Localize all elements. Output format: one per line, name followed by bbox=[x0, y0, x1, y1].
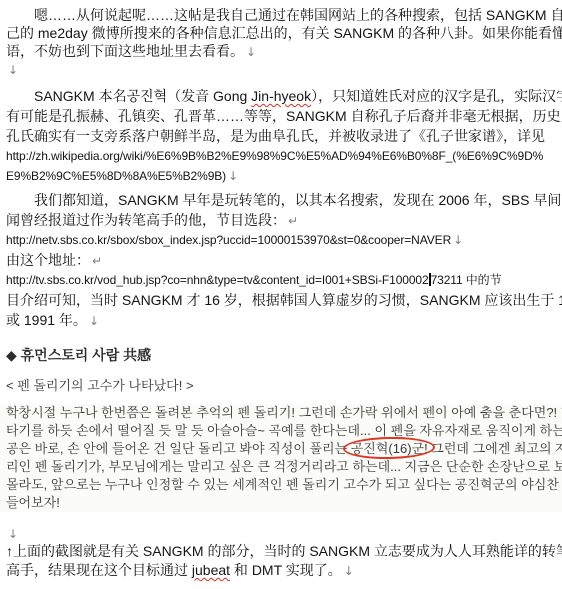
line-break-mark-icon: ↓ bbox=[244, 45, 256, 59]
text-line: 由这个地址：↵ bbox=[6, 250, 562, 270]
line-break-mark-icon: ↓ bbox=[451, 233, 463, 247]
text-run: 目介绍可知，当时 SANGKM 才 16 岁，根据韩国人算虚岁的习惯，SANGK… bbox=[6, 292, 562, 308]
paragraph-outro: ↑上面的截图就是有关 SANGKM 的部分，当时的 SANGKM 立志要成为人人… bbox=[6, 542, 562, 580]
paragraph-intro: 嗯……从何说起呢……这帖是我自己通过在韩国网站上的各种搜索，包括 SANGKM … bbox=[6, 6, 562, 60]
sbs-vod-url-line: http://tv.sbs.co.kr/vod_hub.jsp?co=nhn&t… bbox=[6, 270, 562, 290]
document-canvas[interactable]: 嗯……从何说起呢……这帖是我自己通过在韩国网站上的各种搜索，包括 SANGKM … bbox=[0, 0, 562, 580]
text-run: 73211 中的节 bbox=[431, 273, 502, 287]
text-run: 由这个地址： bbox=[6, 252, 90, 268]
paragraph-sbs-news: 我们都知道，SANGKM 早年是玩转笔的，以其本名搜索，发现在 2006 年，S… bbox=[6, 190, 562, 330]
line-break-mark-icon: ↓ bbox=[6, 527, 18, 541]
text-run: http://netv.sbs.co.kr/sbox/sbox_index.js… bbox=[6, 233, 451, 247]
text-line: 己的 me2day 微博所搜来的各种信息汇总出的，有关 SANGKM 的各种八卦… bbox=[6, 24, 562, 42]
text-run: SANGKM 本名공진혁（发音 Gong bbox=[34, 88, 251, 104]
text-line: 或 1991 年。↓ bbox=[6, 310, 562, 330]
spellcheck-word: jubeat bbox=[192, 562, 230, 578]
wikipedia-url-line: E9%B2%9C%E5%8D%8A%E5%B2%9B)↓ bbox=[6, 166, 562, 186]
text-run: 和 DMT 实现了。 bbox=[230, 562, 342, 578]
text-line: ↑上面的截图就是有关 SANGKM 的部分，当时的 SANGKM 立志要成为人人… bbox=[6, 542, 562, 561]
text-line: 闻曾经报道过作为转笔高手的他，节目选段：↵ bbox=[6, 210, 562, 230]
embedded-screenshot: 학창시절 누구나 한번쯤은 돌려본 추억의 펜 돌리기! 그런데 손가락 위에서… bbox=[0, 404, 562, 512]
korean-text-line: 타기를 하듯 손에서 떨어질 듯 말 듯 아슬아슬~ 곡예를 한다는데... 이… bbox=[6, 422, 562, 440]
text-run: 리인 펜 돌리기가, 부모님에게는 말리고 싶은 큰 걱정거리라고 하는데...… bbox=[6, 459, 562, 474]
line-break-mark-icon: ↓ bbox=[6, 63, 18, 77]
text-run: E9%B2%9C%E5%8D%8A%E5%B2%9B) bbox=[6, 169, 226, 183]
text-run: 학창시절 누구나 한번쯤은 돌려본 추억의 펜 돌리기! 그런데 손가락 위에서… bbox=[6, 405, 562, 420]
line-break-mark-icon: ↓ bbox=[87, 314, 99, 328]
text-line: 嗯……从何说起呢……这帖是我自己通过在韩国网站上的各种搜索，包括 SANGKM … bbox=[6, 6, 562, 24]
korean-text-line: 공은 바로, 손 안에 들어온 건 일단 돌리고 봐야 직성이 풀리는 공진혁(… bbox=[6, 440, 562, 458]
korean-text-line: 몰라도, 앞으로는 누구나 인정할 수 있는 세계적인 펜 돌리기 고수가 되고… bbox=[6, 476, 562, 494]
text-line: 有可能是孔振赫、孔镇奕、孔晋革……等等，SANGKM 自称孔子后裔并非毫无根据，… bbox=[6, 106, 562, 126]
sbs-url-line: http://netv.sbs.co.kr/sbox/sbox_index.js… bbox=[6, 230, 562, 250]
text-run: 有可能是孔振赫、孔镇奕、孔晋革……等等，SANGKM 自称孔子后裔并非毫无根据，… bbox=[6, 108, 562, 124]
empty-line: ↓ bbox=[6, 524, 562, 542]
text-run: 我们都知道，SANGKM 早年是玩转笔的，以其本名搜索，发现在 2006 年，S… bbox=[34, 192, 562, 208]
text-run: 孔氏确实有一支旁系落户朝鲜半岛，是为曲阜孔氏，并被收录进了《孔子世家谱》，详见 bbox=[6, 128, 545, 144]
text-line: 我们都知道，SANGKM 早年是玩转笔的，以其本名搜索，发现在 2006 年，S… bbox=[6, 190, 562, 210]
spellcheck-word: Jin-hyeok bbox=[251, 88, 311, 104]
screenshot-subtitle: < 펜 돌리기의 고수가 나타났다! > bbox=[6, 378, 562, 394]
text-line: 孔氏确实有一支旁系落户朝鲜半岛，是为曲阜孔氏，并被收录进了《孔子世家谱》，详见 bbox=[6, 126, 562, 146]
wikipedia-url-line: http://zh.wikipedia.org/wiki/%E6%9B%B2%E… bbox=[6, 146, 562, 166]
text-line: 语，不妨也到下面这些地址里去看看。↓ bbox=[6, 42, 562, 60]
text-run: 己的 me2day 微博所搜来的各种信息汇总出的，有关 SANGKM 的各种八卦… bbox=[6, 25, 562, 41]
text-run: 그런데 그에겐 최고의 자랑거 bbox=[428, 441, 562, 456]
line-break-mark-icon: ↓ bbox=[342, 564, 354, 578]
text-run: 들어보자! bbox=[6, 495, 60, 510]
paragraph-end-mark-icon: ↵ bbox=[90, 254, 102, 268]
text-run: 몰라도, 앞으로는 누구나 인정할 수 있는 세계적인 펜 돌리기 고수가 되고… bbox=[6, 477, 562, 492]
text-run: 高手，结果现在这个目标通过 bbox=[6, 562, 192, 578]
red-circle-annotation: 공진혁(16)군! bbox=[351, 440, 428, 458]
text-run: http://zh.wikipedia.org/wiki/%E6%9B%B2%E… bbox=[6, 149, 543, 163]
screenshot-heading: ◆ 휴먼스토리 사람 共感 bbox=[6, 347, 562, 363]
text-line: SANGKM 本名공진혁（发音 Gong Jin-hyeok），只知道姓氏对应的… bbox=[6, 86, 562, 106]
paragraph-end-mark-icon: ↵ bbox=[286, 214, 298, 228]
korean-text-line: 학창시절 누구나 한번쯤은 돌려본 추억의 펜 돌리기! 그런데 손가락 위에서… bbox=[6, 404, 562, 422]
text-run: ），只知道姓氏对应的汉字是孔，实际汉字名 bbox=[311, 88, 562, 104]
empty-line: ↓ bbox=[6, 60, 562, 80]
text-run: 타기를 하듯 손에서 떨어질 듯 말 듯 아슬아슬~ 곡예를 한다는데... 이… bbox=[6, 423, 562, 438]
text-run: ↑上面的截图就是有关 SANGKM 的部分，当时的 SANGKM 立志要成为人人… bbox=[6, 543, 562, 559]
korean-text-line: 들어보자! bbox=[6, 494, 562, 512]
text-run: http://tv.sbs.co.kr/vod_hub.jsp?co=nhn&t… bbox=[6, 273, 429, 287]
text-run: 공은 바로, 손 안에 들어온 건 일단 돌리고 봐야 직성이 풀리는 bbox=[6, 441, 351, 456]
text-line: 高手，结果现在这个目标通过 jubeat 和 DMT 实现了。↓ bbox=[6, 561, 562, 580]
text-run: 嗯……从何说起呢……这帖是我自己通过在韩国网站上的各种搜索，包括 SANGKM … bbox=[34, 7, 562, 23]
paragraph-real-name: SANGKM 本名공진혁（发音 Gong Jin-hyeok），只知道姓氏对应的… bbox=[6, 86, 562, 186]
text-run: 闻曾经报道过作为转笔高手的他，节目选段： bbox=[6, 212, 286, 228]
korean-text-line: 리인 펜 돌리기가, 부모님에게는 말리고 싶은 큰 걱정거리라고 하는데...… bbox=[6, 458, 562, 476]
text-run: 语，不妨也到下面这些地址里去看看。 bbox=[6, 43, 244, 59]
text-line: 目介绍可知，当时 SANGKM 才 16 岁，根据韩国人算虚岁的习惯，SANGK… bbox=[6, 290, 562, 310]
line-break-mark-icon: ↓ bbox=[226, 169, 238, 183]
text-run: 或 1991 年。 bbox=[6, 312, 87, 328]
